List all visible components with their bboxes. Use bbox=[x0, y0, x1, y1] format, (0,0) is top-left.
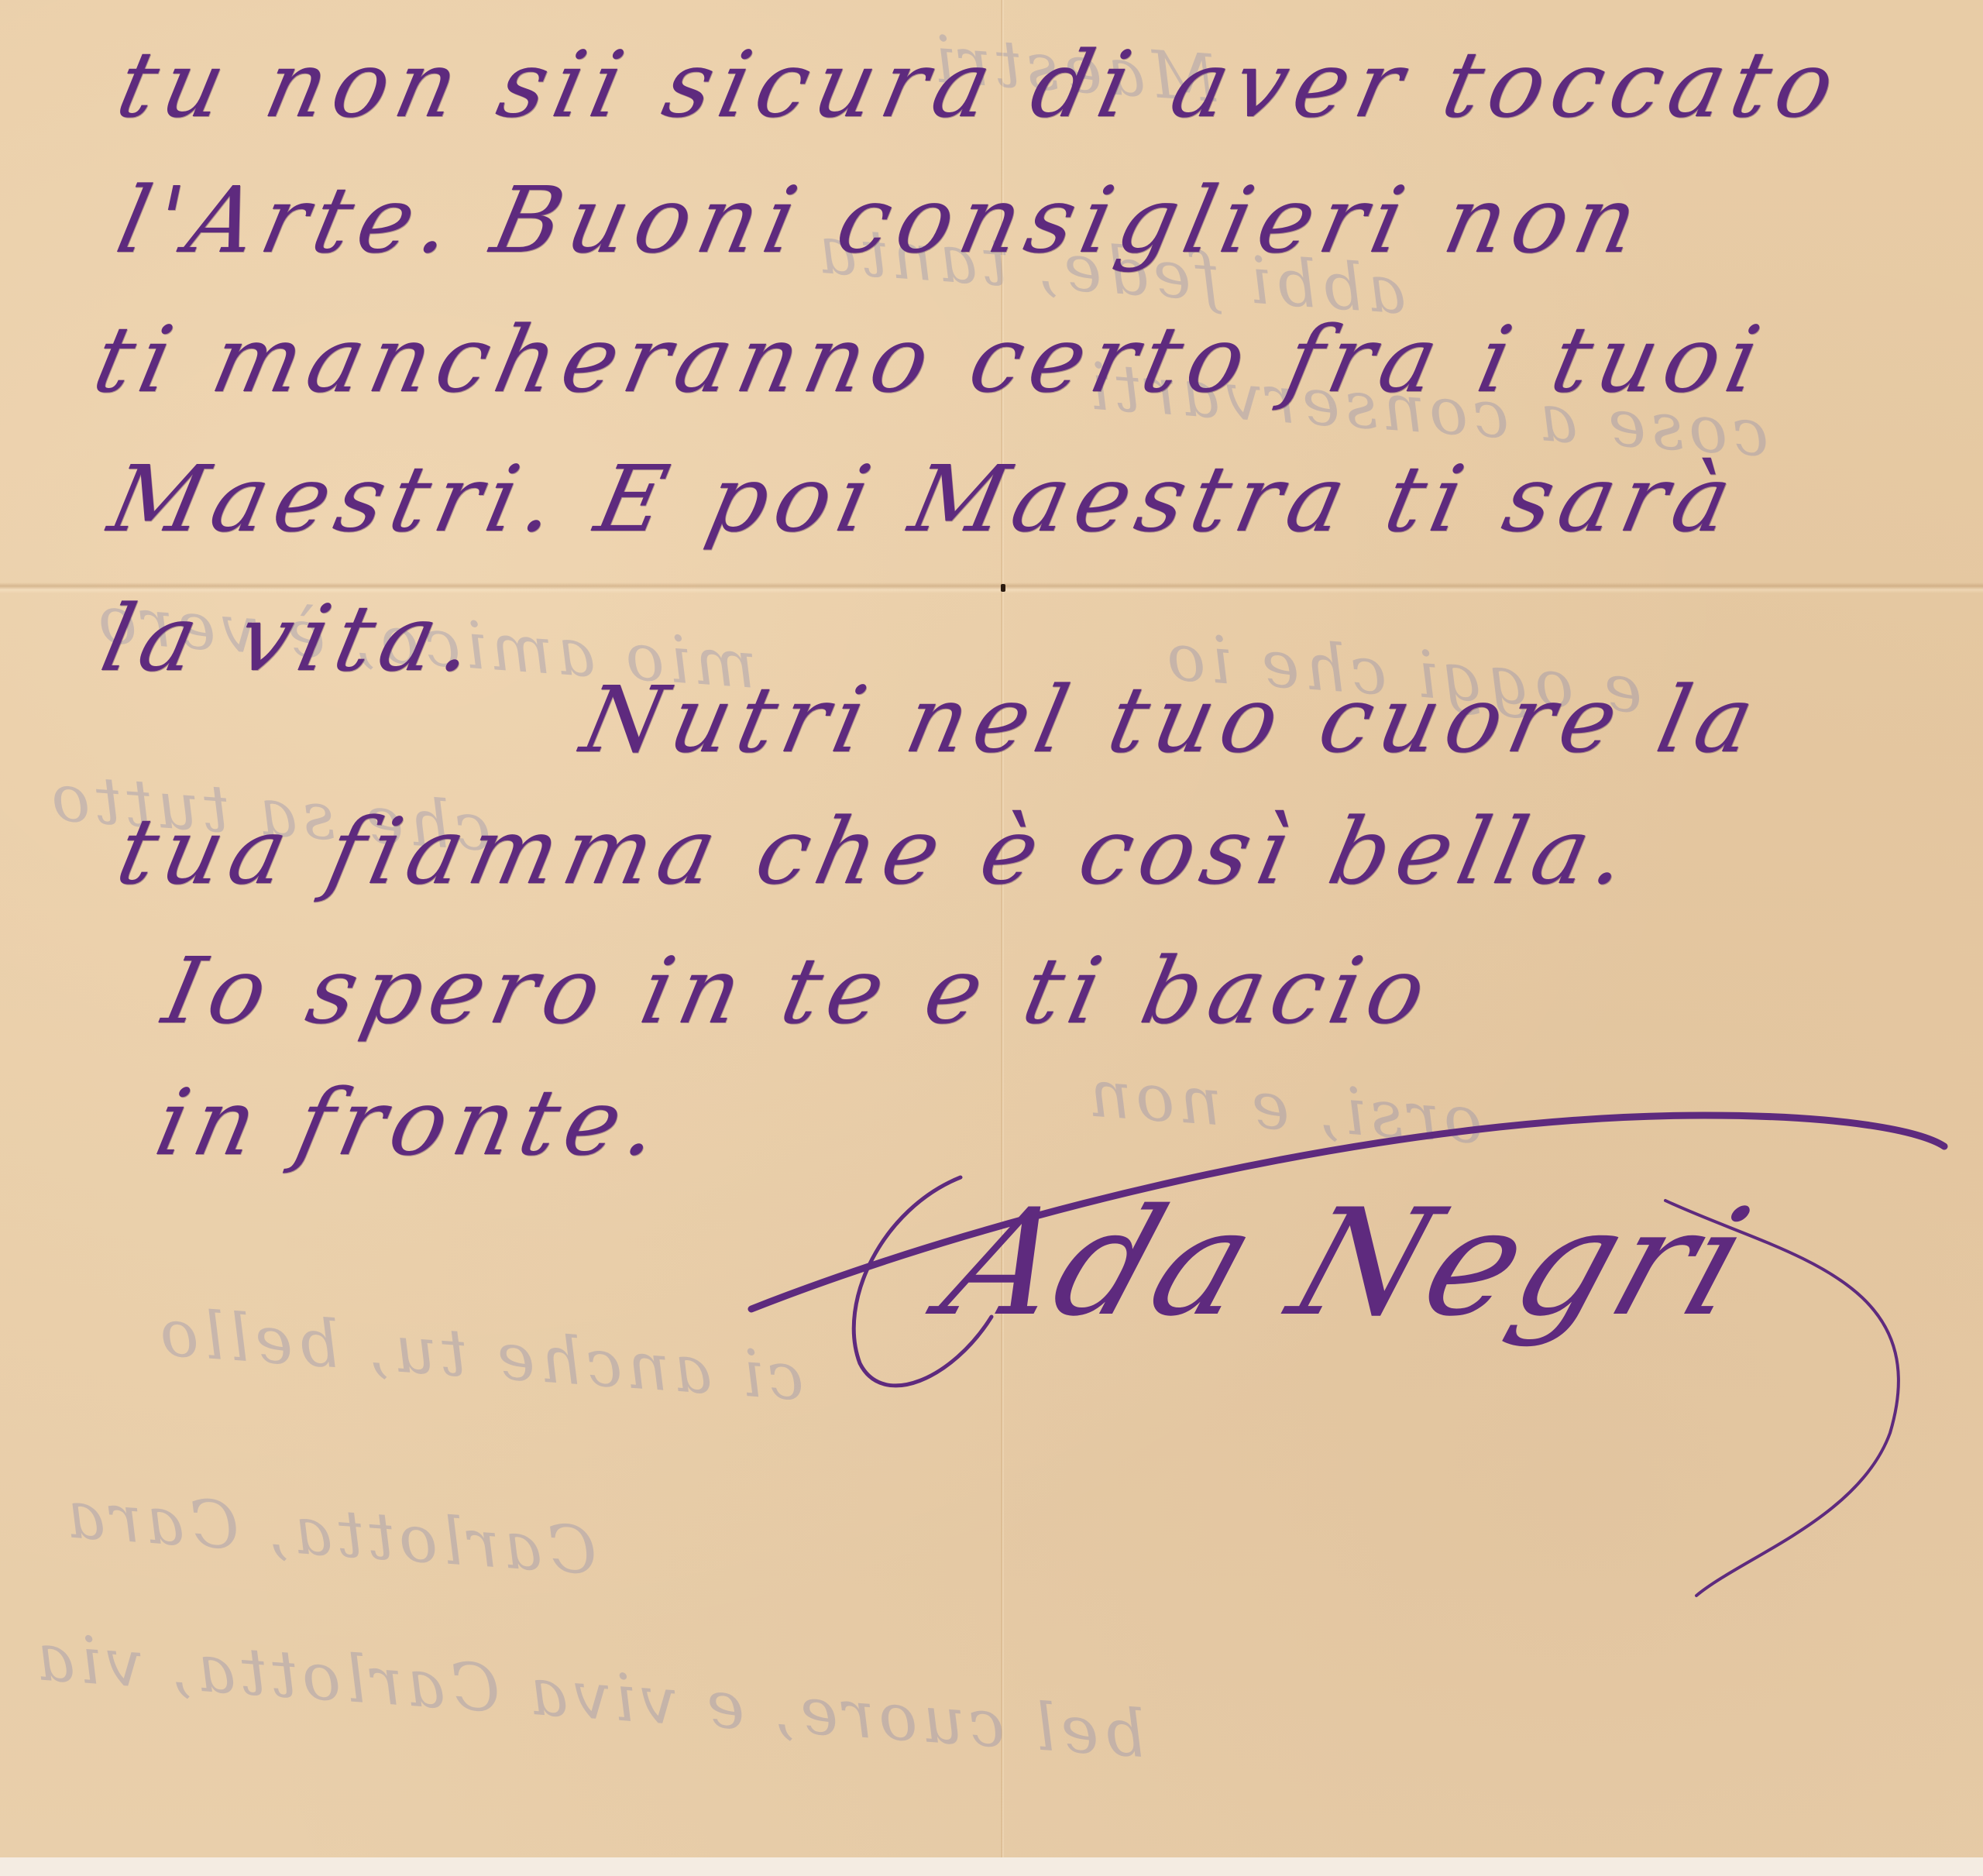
letter-page: Maestri abbi fede, tanta cose a conserva… bbox=[0, 0, 1983, 1867]
signature-flourish bbox=[0, 0, 1983, 1867]
scan-edge bbox=[0, 1857, 1983, 1867]
signature: Ada Negri bbox=[925, 1177, 1771, 1349]
